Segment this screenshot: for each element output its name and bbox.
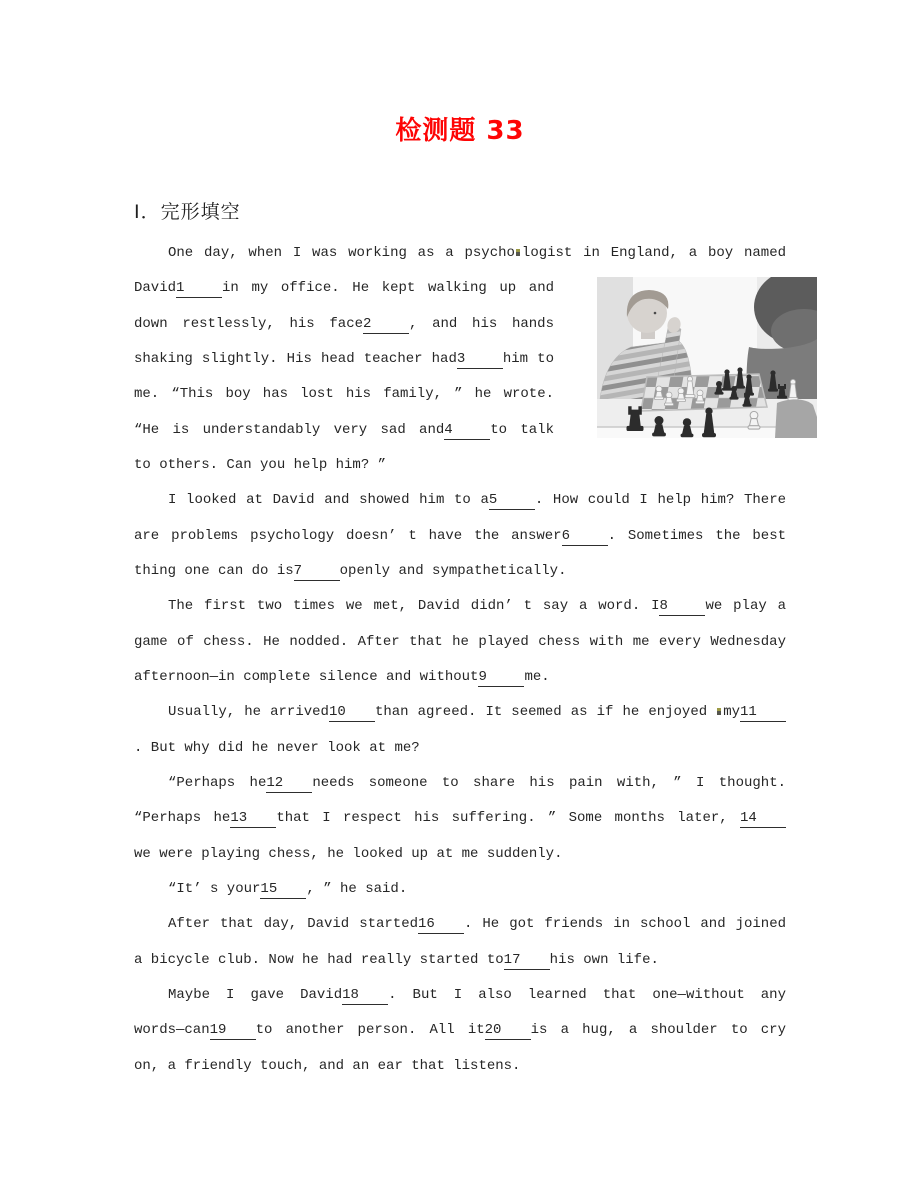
cloze-blank: 4 xyxy=(444,421,490,440)
passage-line: After that day, David started16. He got … xyxy=(134,907,786,942)
paragraph: The first two times we met, David didn’ … xyxy=(134,589,786,695)
passage-line: afternoon—in complete silence and withou… xyxy=(134,660,786,695)
chess-photo xyxy=(597,277,817,438)
passage-line: to others. Can you help him? ” xyxy=(134,448,554,483)
passage-line: Usually, he arrived10than agreed. It see… xyxy=(134,695,786,730)
section-heading: Ⅰ．完形填空 xyxy=(134,197,241,224)
passage-line: a bicycle club. Now he had really starte… xyxy=(134,943,786,978)
passage-line: are problems psychology doesn’ t have th… xyxy=(134,519,786,554)
cloze-blank: 15 xyxy=(260,880,306,899)
cloze-blank: 3 xyxy=(457,350,503,369)
passage-line: game of chess. He nodded. After that he … xyxy=(134,625,786,660)
cloze-blank: 13 xyxy=(230,809,276,828)
cloze-blank: 20 xyxy=(485,1021,531,1040)
passage-line: thing one can do is7openly and sympathet… xyxy=(134,554,786,589)
cloze-blank: 7 xyxy=(294,562,340,581)
passage-line: “Perhaps he12needs someone to share his … xyxy=(134,766,786,801)
passage-line: I looked at David and showed him to a5. … xyxy=(134,483,786,518)
paragraph: “Perhaps he12needs someone to share his … xyxy=(134,766,786,872)
cloze-blank: 5 xyxy=(489,491,535,510)
cloze-blank: 2 xyxy=(363,315,409,334)
cloze-blank: 6 xyxy=(562,527,608,546)
passage-line: “Perhaps he13that I respect his sufferin… xyxy=(134,801,786,836)
paragraph: I looked at David and showed him to a5. … xyxy=(134,483,786,589)
cloze-blank: 12 xyxy=(266,774,312,793)
paragraph: Usually, he arrived10than agreed. It see… xyxy=(134,695,786,766)
cloze-blank: 14 xyxy=(740,809,786,828)
passage-line: The first two times we met, David didn’ … xyxy=(134,589,786,624)
passage-line: shaking slightly. His head teacher had3h… xyxy=(134,342,554,377)
passage-line: “It’ s your15, ” he said. xyxy=(134,872,786,907)
cloze-blank: 1 xyxy=(176,279,222,298)
cloze-blank: 8 xyxy=(659,597,705,616)
cloze-blank: 18 xyxy=(342,986,388,1005)
passage-line: David1in my office. He kept walking up a… xyxy=(134,271,554,306)
passage-line: on, a friendly touch, and an ear that li… xyxy=(134,1049,786,1084)
stray-dot-mark xyxy=(516,249,520,256)
passage-line: “He is understandably very sad and4to ta… xyxy=(134,413,554,448)
worksheet-page: 检测题 33 Ⅰ．完形填空 xyxy=(0,0,920,1192)
passage-line: One day, when I was working as a psychol… xyxy=(134,236,786,271)
passage-line: Maybe I gave David18. But I also learned… xyxy=(134,978,786,1013)
cloze-blank: 16 xyxy=(418,915,464,934)
man-arm xyxy=(775,399,817,438)
cloze-blank: 11 xyxy=(740,703,786,722)
stray-dot-mark xyxy=(717,708,721,715)
passage-line: . But why did he never look at me? xyxy=(134,731,786,766)
cloze-blank: 9 xyxy=(478,668,524,687)
passage-line: we were playing chess, he looked up at m… xyxy=(134,837,786,872)
chess-photo-illustration xyxy=(597,277,817,438)
cloze-blank: 17 xyxy=(504,951,550,970)
paragraph: “It’ s your15, ” he said. xyxy=(134,872,786,907)
cloze-passage: One day, when I was working as a psychol… xyxy=(134,236,786,1084)
passage-line: words—can19to another person. All it20is… xyxy=(134,1013,786,1048)
page-title: 检测题 33 xyxy=(0,110,920,147)
paragraph: Maybe I gave David18. But I also learned… xyxy=(134,978,786,1084)
cloze-blank: 19 xyxy=(210,1021,256,1040)
passage-line: down restlessly, his face2, and his hand… xyxy=(134,307,554,342)
paragraph: After that day, David started16. He got … xyxy=(134,907,786,978)
passage-line: me. “This boy has lost his family, ” he … xyxy=(134,377,554,412)
cloze-blank: 10 xyxy=(329,703,375,722)
